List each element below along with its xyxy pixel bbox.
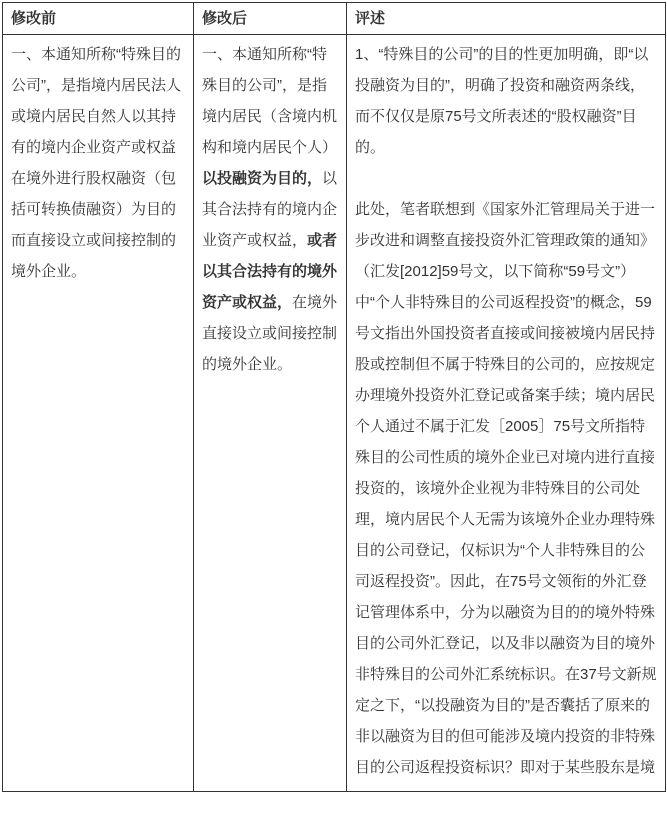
col-header-after: 修改后 bbox=[194, 3, 347, 35]
col-header-comment: 评述 bbox=[347, 3, 666, 35]
col-header-before: 修改前 bbox=[3, 3, 194, 35]
comment-paragraphs: 1、“特殊目的公司”的目的性更加明确，即“以投融资为目的”，明确了投资和融资两条… bbox=[355, 39, 657, 783]
plain-text-run: 一、本通知所称“特殊目的公司”，是指境内居民（含境内机构和境内居民个人） bbox=[202, 46, 337, 156]
table-row: 一、本通知所称“特殊目的公司”，是指境内居民法人或境内居民自然人以其持有的境内企… bbox=[3, 35, 666, 792]
before-paragraph: 一、本通知所称“特殊目的公司”，是指境内居民法人或境内居民自然人以其持有的境内企… bbox=[11, 39, 185, 287]
emphasized-text-run: 以投融资为目的， bbox=[202, 170, 322, 187]
cell-before-text: 一、本通知所称“特殊目的公司”，是指境内居民法人或境内居民自然人以其持有的境内企… bbox=[3, 35, 194, 792]
comment-paragraph: 1、“特殊目的公司”的目的性更加明确，即“以投融资为目的”，明确了投资和融资两条… bbox=[355, 39, 657, 163]
cell-after-text: 一、本通知所称“特殊目的公司”，是指境内居民（含境内机构和境内居民个人）以投融资… bbox=[194, 35, 347, 792]
cell-comment-text: 1、“特殊目的公司”的目的性更加明确，即“以投融资为目的”，明确了投资和融资两条… bbox=[347, 35, 666, 792]
comment-paragraph: 此处，笔者联想到《国家外汇管理局关于进一步改进和调整直接投资外汇管理政策的通知》… bbox=[355, 194, 657, 783]
header-row: 修改前 修改后 评述 bbox=[3, 3, 666, 35]
after-paragraph: 一、本通知所称“特殊目的公司”，是指境内居民（含境内机构和境内居民个人）以投融资… bbox=[202, 39, 338, 380]
comparison-table: 修改前 修改后 评述 一、本通知所称“特殊目的公司”，是指境内居民法人或境内居民… bbox=[2, 2, 666, 792]
